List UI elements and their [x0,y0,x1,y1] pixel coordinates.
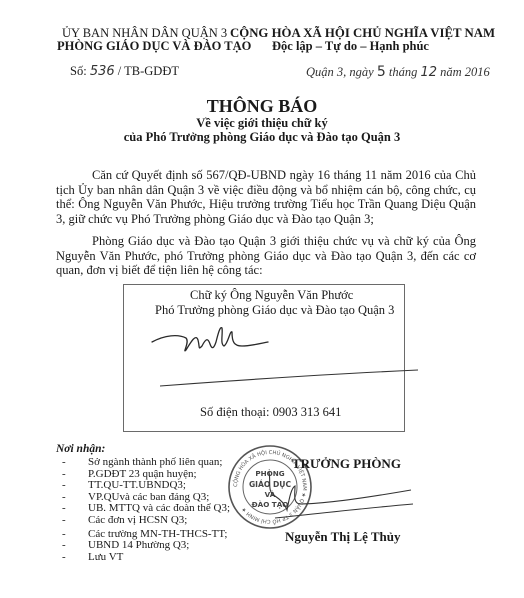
recipient-text: Các đơn vị HCSN Q3; [88,515,187,527]
body-paragraph-1: Căn cứ Quyết định số 567/QĐ-UBND ngày 16… [56,168,476,226]
signature-box-position: Phó Trưởng phòng Giáo dục và Đào tạo Quậ… [155,303,394,318]
signer-name: Nguyễn Thị Lệ Thủy [285,529,400,545]
recipient-item: -Lưu VT [62,552,230,564]
recipients-list: -Sở ngành thành phố liên quan; -P.GDĐT 2… [62,457,230,563]
director-signature-icon [265,470,415,520]
recipient-item: -UBND 14 Phường Q3; [62,540,230,552]
handwritten-signature-icon [150,320,270,360]
document-title: THÔNG BÁO [0,96,524,117]
document-number: Số: 536 / TB-GDĐT [70,64,179,79]
date-year: năm 2016 [437,65,490,79]
document-number-suffix: / TB-GDĐT [115,64,179,78]
document-subtitle-2: của Phó Trưởng phòng Giáo dục và Đào tạo… [0,130,524,145]
recipient-text: Lưu VT [88,552,123,564]
body-paragraph-2: Phòng Giáo dục và Đào tạo Quận 3 giới th… [56,234,476,278]
agency-name: PHÒNG GIÁO DỤC VÀ ĐÀO TẠO [57,39,251,54]
date-month-label: tháng [386,65,421,79]
signature-box-name: Chữ ký Ông Nguyễn Văn Phước [190,288,353,303]
national-motto: Độc lập – Tự do – Hạnh phúc [272,39,429,54]
document-date: Quận 3, ngày 5 tháng 12 năm 2016 [306,64,490,80]
recipient-text: UBND 14 Phường Q3; [88,540,189,552]
body-paragraph-1-text: Căn cứ Quyết định số 567/QĐ-UBND ngày 16… [56,168,476,226]
document-number-handwritten: 536 [90,64,115,79]
recipient-text: Sở ngành thành phố liên quan; [88,457,222,469]
date-month: 12 [420,65,437,80]
document-number-prefix: Số: [70,64,90,78]
signature-underline-icon [160,360,420,390]
date-day: 5 [377,64,386,80]
recipients-title: Nơi nhận: [56,443,105,455]
phone-number: Số điện thoại: 0903 313 641 [200,405,341,420]
recipient-item: -Các đơn vị HCSN Q3; [62,515,230,527]
document-subtitle-1: Về việc giới thiệu chữ ký [0,116,524,131]
recipient-item: -Sở ngành thành phố liên quan; [62,457,230,469]
body-paragraph-2-text: Phòng Giáo dục và Đào tạo Quận 3 giới th… [56,234,476,277]
date-prefix: Quận 3, ngày [306,65,377,79]
